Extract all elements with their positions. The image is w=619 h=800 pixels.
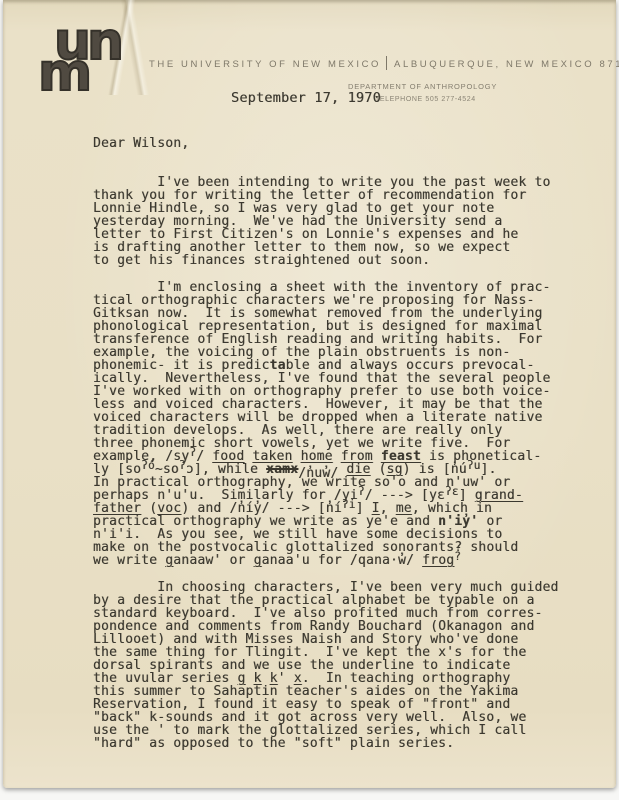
letter-line: "hard" as opposed to the "soft" plain se… [93,737,563,750]
letter-date: September 17, 1970 [231,90,381,106]
letter-line: to get his finances straightened out soo… [93,254,563,267]
salutation: Dear Wilson, [93,137,563,150]
letter-paragraphs: I've been intending to write you the pas… [93,176,563,750]
text-run: should [462,540,518,555]
styled-run: ʔu [467,459,481,472]
university-name: THE UNIVERSITY OF NEW MEXICO [149,59,381,70]
styled-run: /n̓uw̓/ [298,467,338,480]
letter-line: we write ganaaw' or ganaa'u for /qana·w̓… [93,554,563,567]
letter-paragraph: In choosing characters, I've been very m… [93,581,563,750]
letter-paragraph: I'm enclosing a sheet with the inventory… [93,281,563,567]
letter-paragraph: I've been intending to write you the pas… [93,176,563,267]
university-city: ALBUQUERQUE, NEW MEXICO 87106 [394,59,619,70]
letter-body: Dear Wilson, I've been intending to writ… [93,137,563,764]
styled-run: ʔɛ [445,485,459,498]
styled-run: ʔ [189,446,196,459]
text-run: anaa'u for /qana·w̓/ [262,553,423,568]
styled-run: home [301,449,333,464]
styled-run: ʔ [358,485,365,498]
styled-run: ʔó [141,459,155,472]
letter-page: un m THE UNIVERSITY OF NEW MEXICOALBUQUE… [3,0,616,788]
letterhead-line: THE UNIVERSITY OF NEW MEXICOALBUQUERQUE,… [149,56,589,70]
styled-run: frog [422,553,454,568]
telephone-line: TELEPHONE 505 277-4524 [375,96,476,103]
text-run: to get his finances straightened out soo… [93,253,430,268]
text-run: anaaw' or [173,553,253,568]
styled-run: g [254,553,262,568]
text-run: we write [93,553,165,568]
unm-logo: un m [36,24,131,108]
styled-run: ? [454,550,461,563]
styled-run: ʔi [342,498,356,511]
text-run: "hard" as opposed to the "soft" plain se… [93,736,454,751]
styled-run: ʔ [179,459,186,472]
letterhead-divider [386,56,387,70]
